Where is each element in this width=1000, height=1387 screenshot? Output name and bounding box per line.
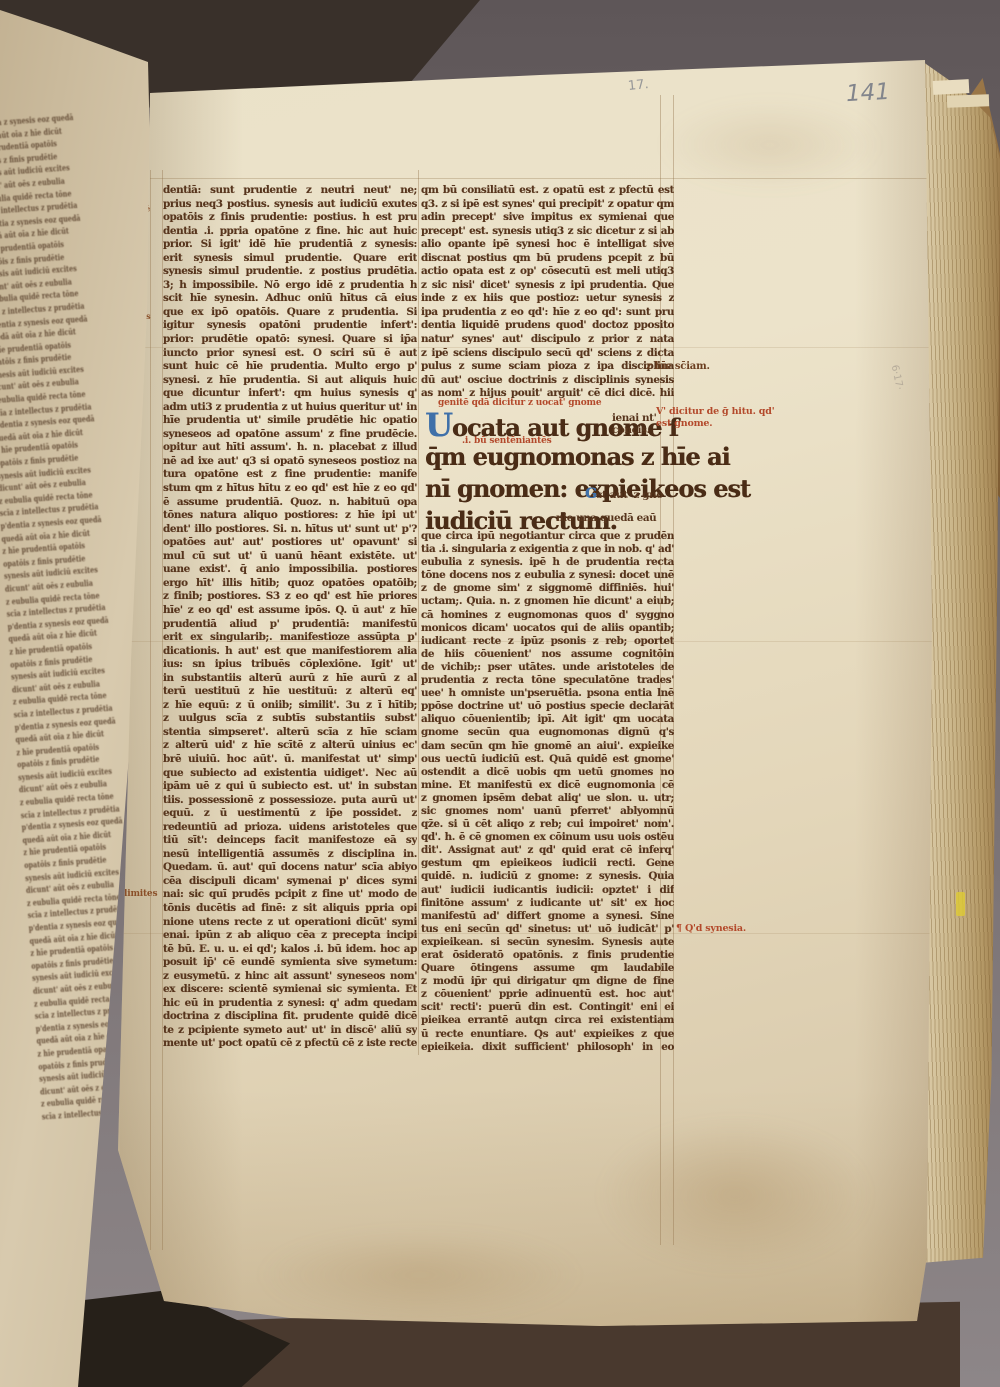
text-line: nai: sic quī prudēs pcipit z fine ut' mo…	[163, 888, 417, 902]
text-line: alio opante ipē synesi hoc ē intelligat …	[421, 238, 674, 252]
text-line: uctam;. Quia. n. z gnomen hīe dicunt' a …	[421, 595, 674, 608]
text-line: z de gnome sim' z siggnomē diffiniēs. hu…	[421, 582, 674, 595]
text-line: erit ex singularib;. manifestioze assūpt…	[163, 631, 417, 645]
side-text-line: st aut' z gno	[597, 489, 663, 501]
text-line: z hīe equū: z ū oniib; similit'. 3u z ī …	[163, 699, 417, 713]
text-line: aut' iudicii iudicantis iudicii: opztet'…	[421, 884, 674, 897]
text-line: equū. z ū uestimentū z ip̄e possidet. z	[163, 807, 417, 821]
text-line: uee' h omniste un'pseruētia. psona entia…	[421, 687, 674, 700]
text-line: aliquo cōuenientib; ipī. Ait igit' qm uo…	[421, 713, 674, 726]
text-line: terū uestituū z hīe uestituū: z alterū e…	[163, 685, 417, 699]
text-column-right-lower: que circa ipū negotiantur circa que z pr…	[421, 530, 674, 1058]
text-line: qz̄e. si ū cēt aliqo z reb; cui impoiret…	[421, 818, 674, 831]
ruling-line	[418, 170, 419, 1055]
text-line: monicos dicam' uocatos qui de aliis opan…	[421, 622, 674, 635]
text-line: mente ut' poct opatū cē z pfectū cē z is…	[163, 1037, 417, 1051]
text-line: in substantiis alterū aurū z hīe aurū z …	[163, 672, 417, 686]
text-line: z alterū uid' z hīe scītē z alterū uiniu…	[163, 739, 417, 753]
text-line: q3. z si ipē est synes' qui precipit' z …	[421, 198, 674, 212]
text-line: opatōes aut' aut' postiores ut' opavunt'…	[163, 536, 417, 550]
manuscript-photo: p'dentia z synesis eoz quedāquedā aūt oī…	[0, 0, 1000, 1387]
text-line: dentia .i. ppria opatōne z fine. hic aut…	[163, 225, 417, 239]
text-line: dent' illo postiores. Si. n. hītus ut' s…	[163, 523, 417, 537]
text-line: z modū ip̄r qui dirigatur qm digne de fi…	[421, 975, 674, 988]
text-line: hic eū in prudentia z synesi: q' adm que…	[163, 997, 417, 1011]
text-line: tōnis ducētis ad finē: z sit aliquis ppr…	[163, 902, 417, 916]
text-line: iuncto prior synesi est. O sciri sū ē au…	[163, 347, 417, 361]
text-line: 3; h impossibile. Nō ergo idē z prudenti…	[163, 279, 417, 293]
text-line: dentia liquidē prudens quod' doctoz ppos…	[421, 319, 674, 333]
ruling-line	[150, 178, 930, 179]
text-line: ū recte enuntiare. Qs aut' expieikes z q…	[421, 1028, 674, 1041]
text-line: syneseos ad opatōne assum' z fine prudēc…	[163, 428, 417, 442]
text-line: hīe' z eo qd' est assume ipōs. Q. ū aut'…	[163, 604, 417, 618]
text-line: V' dicitur de ḡ hitu. qd'	[656, 406, 774, 418]
text-line: Quedam. ū. aut' quī docens natur' scīa a…	[163, 861, 417, 875]
rubric-gloss: genitē qdā dicitur z uocat' gnome	[438, 398, 601, 409]
text-line: sunt huic cē hīe prudentia. Multo ergo p…	[163, 360, 417, 374]
vellum-stain	[600, 1120, 870, 1270]
text-line: z finib; postiores. S3 z eo qd' est hīe …	[163, 590, 417, 604]
text-line: tōne docens nos z eubulia z synesi: doce…	[421, 569, 674, 582]
text-line: dit'. Assignat aut' z qd' quid erat cē i…	[421, 844, 674, 857]
text-line: nē ad ixe aut' q3 si opatō syneseos post…	[163, 455, 417, 469]
text-line: adm uti3 z prudentia z ut huius queritur…	[163, 401, 417, 415]
text-line: gnome secūn qua eugnomonas dignū q's	[421, 726, 674, 739]
text-line: stentia simpseret'. alterū scīa z hīe sc…	[163, 726, 417, 740]
text-line: adin precept' sive impitus ex symienai q…	[421, 211, 674, 225]
text-line: finitōne assum' z iudicante ut' sit' ex …	[421, 897, 674, 910]
text-line: gestum qm epieikeos iudicii recti. Gene	[421, 857, 674, 870]
text-line: igitur synesis opatōni prudentie infert'…	[163, 319, 417, 333]
text-line: stum qm z hītus hītu z eo qd' est hīe z …	[163, 482, 417, 496]
text-line: expieikean. si secūn synesim. Synesis au…	[421, 936, 674, 949]
text-line: prudentiā aliud p' prudentiā: manifestū	[163, 618, 417, 632]
text-line: dam secūn qm hīe gnomē an aiui'. expieik…	[421, 740, 674, 753]
text-line: nione utens recte z ut operationi dicūt'…	[163, 916, 417, 930]
text-line: erit synesis simul prudentie. Quare erit	[163, 252, 417, 266]
text-line: cā homines z eugnomonas quos d' syggno	[421, 609, 674, 622]
incipit-line: q̄m eugnomonas z hīe ai	[425, 442, 730, 472]
text-line: iudicant recte z ipūz psonis z reb; opor…	[421, 635, 674, 648]
text-line: discnat postius qm bū prudens pcepit z b…	[421, 252, 674, 266]
side-text: nie una quedā eaū	[556, 512, 656, 524]
margin-note-red: V' dicitur de ḡ hitu. qd'est gnome.	[656, 406, 774, 430]
text-line: ipa prudentia z eo qd': hīe z eo qd': su…	[421, 306, 674, 320]
text-line: tiū sīt': deinceps facit manifestoze eā …	[163, 834, 417, 848]
blue-initial: U	[425, 406, 452, 444]
text-line: nesū intelligentiā assumēs z disciplina …	[163, 848, 417, 862]
text-line: synesi. z hīe prudentia. Si aut aliquis …	[163, 374, 417, 388]
text-line: de vichib;: pser utātes. unde aristotele…	[421, 661, 674, 674]
blue-initial-small: G	[585, 486, 597, 502]
text-line: qm bū consiliatū est. z opatū est z pfec…	[421, 184, 674, 198]
text-line: pulus z sume sciam pioza z ipa disciplin…	[421, 360, 674, 374]
text-line: ius: sn ipius tribuēs cōplexiōne. Igit' …	[163, 658, 417, 672]
text-line: de hiis cōuenient' nos assume cognitōin	[421, 648, 674, 661]
text-line: scit' recti': puerū din est. Contingit' …	[421, 1001, 674, 1014]
text-line: dentiā: sunt prudentie z neutri neut' ne…	[163, 184, 417, 198]
text-line: synesis simul prudentie. z postius prudē…	[163, 265, 417, 279]
text-line: prior. Si igit' idē hīe prudentiā z syne…	[163, 238, 417, 252]
text-line: epieikeia. dixit sufficient' philosoph' …	[421, 1041, 674, 1054]
text-line: opitur aut hīti assum'. h. n. placebat z…	[163, 441, 417, 455]
vellum-stain	[660, 100, 880, 190]
text-line: z ipē sciens discipulo secū qd' sciens z…	[421, 347, 674, 361]
text-line: enai. ipūn z ab aliquo cēa z precepta in…	[163, 929, 417, 943]
side-text: Gst aut' z gno	[585, 488, 663, 501]
text-line: manifestū ad' differt gnome a synesi. Si…	[421, 910, 674, 923]
text-line: posuit ip̄' cē eundē symienta sive symet…	[163, 956, 417, 970]
text-line: mul cū sut ut' ū uanū hēant existēte. ut…	[163, 550, 417, 564]
text-line: natur' synes' aut' discipulo z prior z n…	[421, 333, 674, 347]
text-line: inde z ex hiis que postioz: uetur synesi…	[421, 292, 674, 306]
folio-number: 141	[845, 79, 890, 107]
text-column-left: dentiā: sunt prudentie z neutri neut' ne…	[163, 184, 417, 1054]
text-line: qd'. h. ē cē gnomen ex cōinum usu uois o…	[421, 831, 674, 844]
text-line: que subiecto ad existentia uidiget'. Nec…	[163, 767, 417, 781]
page-edge-tab	[933, 79, 970, 95]
side-text: ienai nt' concis.	[612, 412, 656, 436]
text-line: prior: prudētie opatō: synesi. Quare si …	[163, 333, 417, 347]
text-line: que ex ipō opatōis. Quare z prudentia. S…	[163, 306, 417, 320]
page-edge-tab	[947, 94, 989, 107]
recto-page: 17. 141 6·17· dentiā: sunt prudentie z n…	[0, 0, 1000, 1387]
text-line: prius neq3 postius. synesis aut iudiciū …	[163, 198, 417, 212]
text-line: que dicuntur infert': qm huius synesis q…	[163, 387, 417, 401]
text-line: ipām uē z qui ū subiecto est. ut' in sub…	[163, 780, 417, 794]
ruling-line	[150, 170, 151, 1250]
text-line: z sic nisi' dicet' synesis z ipi prudent…	[421, 279, 674, 293]
text-line: ergo hīt' illis hītib; quoz opatōes opat…	[163, 577, 417, 591]
text-line: quidē. n. iudiciū z gnome: z synesis. Qu…	[421, 870, 674, 883]
side-text-line: concis.	[612, 424, 656, 436]
text-line: tōnes natura aliquo postiores: z hīe ipi…	[163, 509, 417, 523]
text-line: pieikea errantē autqn circa rei existent…	[421, 1014, 674, 1027]
text-line: opatōis z finis prudentie: postius. h es…	[163, 211, 417, 225]
text-line: tē bū. E. u. u. ei qd'; kalos .i. bū ide…	[163, 943, 417, 957]
text-line: Quare ōtingens assume qm laudabile	[421, 962, 674, 975]
margin-note-red: ¶ Q'd synesia.	[676, 924, 746, 935]
text-column-right-upper: qm bū consiliatū est. z opatū est z pfec…	[421, 184, 674, 404]
text-line: ē assume prudentiā. Quoz. n. habituū opa	[163, 496, 417, 510]
text-line: ex discere: scientē symienai sic symient…	[163, 983, 417, 997]
margin-note-right: z hīe sc̄iam.	[646, 362, 710, 373]
text-line: dicationis. h aut' est que manifestiorem…	[163, 645, 417, 659]
text-line: hīe prudentia ut' simile prudētie hic op…	[163, 414, 417, 428]
text-line: prudentia z recta tōne speculatōne trade…	[421, 674, 674, 687]
text-line: ppōse doctrine ut' uō postius specie dec…	[421, 700, 674, 713]
text-line: te z pcipiente symeto aut' ut' in discē'…	[163, 1024, 417, 1038]
text-line: z cōuenient' pprie adinuentū est. hoc au…	[421, 988, 674, 1001]
text-line: z uulgus scīa z subtīs substantiis subst…	[163, 712, 417, 726]
text-line: doctrina z disciplina fit. prudente quid…	[163, 1010, 417, 1024]
text-line: tura opatōne est z fine prudentie: manif…	[163, 468, 417, 482]
text-line: precept' est. synesis utiq3 z sic dicetu…	[421, 225, 674, 239]
text-line: sic gnomes nom' uanū pferret' ablyomnū	[421, 805, 674, 818]
text-line: ostendit a dicē uobis qm uetū gnomes no	[421, 766, 674, 779]
text-line: tia .i. singularia z exigentia z que in …	[421, 543, 674, 556]
text-line: tiis. possessionē z possessioze. puta au…	[163, 794, 417, 808]
side-text-line: ienai nt'	[612, 412, 656, 424]
text-line: mine. Et manifestū ex dicē eugnomonia cē	[421, 779, 674, 792]
yellow-bookmark-tab	[956, 892, 965, 916]
pencil-mark: 17.	[627, 77, 649, 94]
text-line: ous uectū iudiciū est. Quā quidē est gno…	[421, 753, 674, 766]
text-line: z gnomen ipsēm debat aliq' ue slon. u. u…	[421, 792, 674, 805]
text-line: dū aut' osciue doctrinis z disciplinis s…	[421, 374, 674, 388]
margin-note-left: limites	[124, 889, 157, 900]
text-line: cēa discipuli dicam' symenai p' dices sy…	[163, 875, 417, 889]
text-line: tus eni secūn qd' sinetus: ut' uō iudicā…	[421, 923, 674, 936]
text-line: erat ōsideratō opatōnis. z finis prudent…	[421, 949, 674, 962]
text-line: scit hīe synesin. Adhuc oniū hītus cā ei…	[163, 292, 417, 306]
text-line: brē uiuiū. hoc aūt'. ū. manifestat ut' s…	[163, 753, 417, 767]
text-line: est gnome.	[656, 418, 774, 430]
text-line: z eusymetū. z hinc ait assunt' syneseos …	[163, 970, 417, 984]
text-line: eubulia z synesis. ipē h de prudentia re…	[421, 556, 674, 569]
vellum-stain	[260, 1230, 580, 1320]
text-line: redeuntiū ad prioza. uidens aristoteles …	[163, 821, 417, 835]
text-line: actio opata est z op' cōsecutū est meli …	[421, 265, 674, 279]
text-line: uane exist'. q̄ anio impossibilia. posti…	[163, 563, 417, 577]
